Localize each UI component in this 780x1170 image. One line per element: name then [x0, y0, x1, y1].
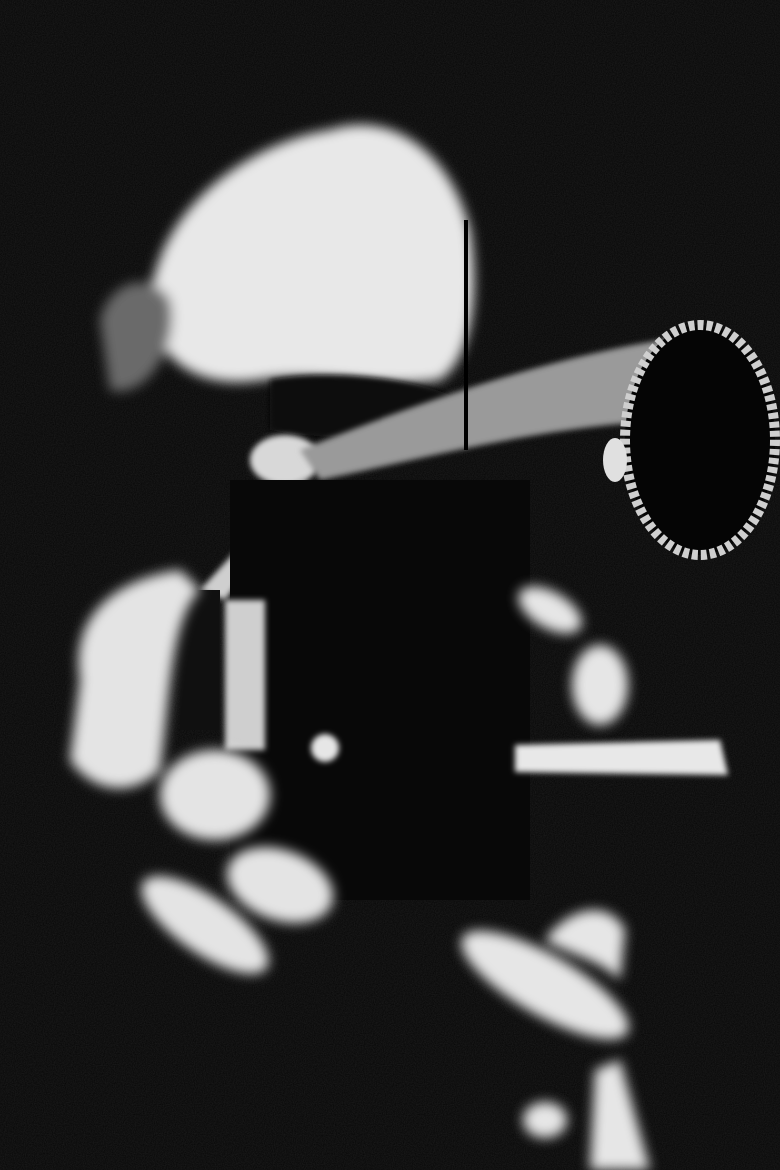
camera-knob: [311, 734, 339, 762]
photograph: [0, 0, 780, 1170]
camera-top-plate: [515, 740, 728, 775]
photo-scene: [0, 0, 780, 1170]
camera-edge-highlight: [225, 600, 265, 750]
camera-body: [230, 480, 530, 900]
